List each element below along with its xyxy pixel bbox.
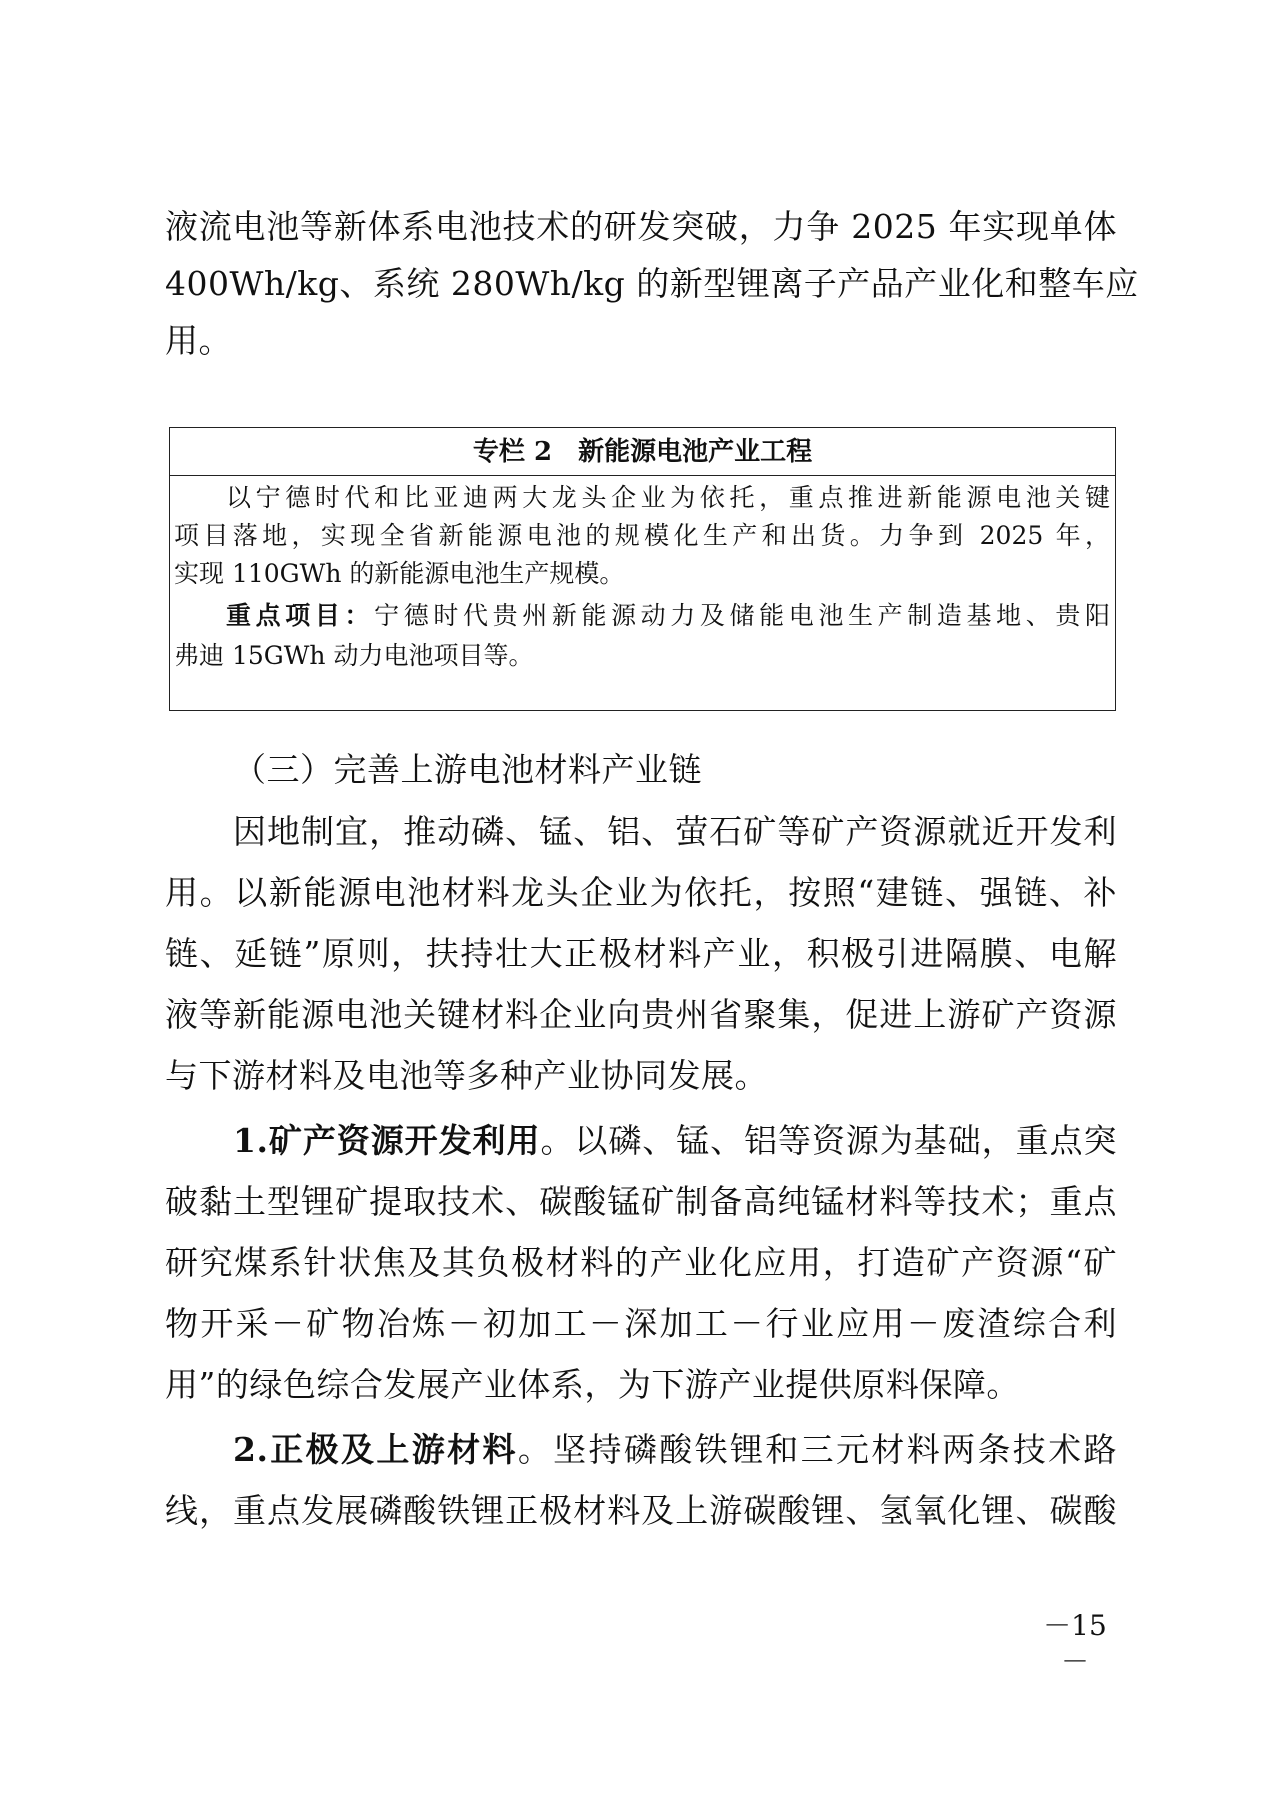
box-text-line: 弗迪 15GWh 动力电池项目等。 bbox=[174, 640, 1110, 672]
item1-line: 破黏土型锂矿提取技术、碳酸锰矿制备高纯锰材料等技术；重点 bbox=[165, 1182, 1117, 1222]
section-para-line: 用。以新能源电池材料龙头企业为依托，按照“建链、强链、补 bbox=[165, 873, 1117, 913]
section-para-line: 液等新能源电池关键材料企业向贵州省聚集，促进上游矿产资源 bbox=[165, 995, 1117, 1035]
box-text-line: 项目落地，实现全省新能源电池的规模化生产和出货。力争到 2025 年， bbox=[174, 520, 1110, 552]
intro-line: 液流电池等新体系电池技术的研发突破，力争 2025 年实现单体 bbox=[165, 207, 1117, 247]
intro-line: 用。 bbox=[165, 321, 1117, 361]
section-para-line: 因地制宜，推动磷、锰、铝、萤石矿等矿产资源就近开发利 bbox=[165, 812, 1117, 852]
item1-line: 物开采－矿物冶炼－初加工－深加工－行业应用－废渣综合利 bbox=[165, 1304, 1117, 1344]
item2-line: 线，重点发展磷酸铁锂正极材料及上游碳酸锂、氢氧化锂、碳酸 bbox=[165, 1491, 1117, 1531]
intro-line: 400Wh/kg、系统 280Wh/kg 的新型锂离子产品产业化和整车应 bbox=[165, 264, 1117, 304]
box-key-projects-line: 重点项目：宁德时代贵州新能源动力及储能电池生产制造基地、贵阳 bbox=[174, 600, 1110, 632]
feature-box: 专栏 2 新能源电池产业工程 以宁德时代和比亚迪两大龙头企业为依托，重点推进新能… bbox=[169, 427, 1116, 711]
document-page: 液流电池等新体系电池技术的研发突破，力争 2025 年实现单体 400Wh/kg… bbox=[0, 0, 1273, 1800]
feature-box-title: 专栏 2 新能源电池产业工程 bbox=[170, 428, 1115, 476]
item1-line: 用”的绿色综合发展产业体系，为下游产业提供原料保障。 bbox=[165, 1365, 1117, 1405]
key-projects-text: 宁德时代贵州新能源动力及储能电池生产制造基地、贵阳 bbox=[374, 601, 1110, 630]
item1-text: 。以磷、锰、铝等资源为基础，重点突 bbox=[540, 1121, 1117, 1160]
box-text-line: 实现 110GWh 的新能源电池生产规模。 bbox=[174, 558, 1110, 590]
section-para-line: 链、延链”原则，扶持壮大正极材料产业，积极引进隔膜、电解 bbox=[165, 934, 1117, 974]
item2-title: 2.正极及上游材料 bbox=[233, 1430, 518, 1469]
item1-first-line: 1.矿产资源开发利用。以磷、锰、铝等资源为基础，重点突 bbox=[165, 1121, 1117, 1161]
page-number: －15－ bbox=[1030, 1608, 1120, 1680]
item2-text: 。坚持磷酸铁锂和三元材料两条技术路 bbox=[518, 1430, 1117, 1469]
item2-first-line: 2.正极及上游材料。坚持磷酸铁锂和三元材料两条技术路 bbox=[165, 1430, 1117, 1470]
key-projects-label: 重点项目： bbox=[226, 601, 374, 630]
section-heading: （三）完善上游电池材料产业链 bbox=[165, 750, 1117, 790]
item1-title: 1.矿产资源开发利用 bbox=[233, 1121, 540, 1160]
item1-line: 研究煤系针状焦及其负极材料的产业化应用，打造矿产资源“矿 bbox=[165, 1243, 1117, 1283]
box-text-line: 以宁德时代和比亚迪两大龙头企业为依托，重点推进新能源电池关键 bbox=[174, 482, 1110, 514]
section-para-line: 与下游材料及电池等多种产业协同发展。 bbox=[165, 1056, 1117, 1096]
